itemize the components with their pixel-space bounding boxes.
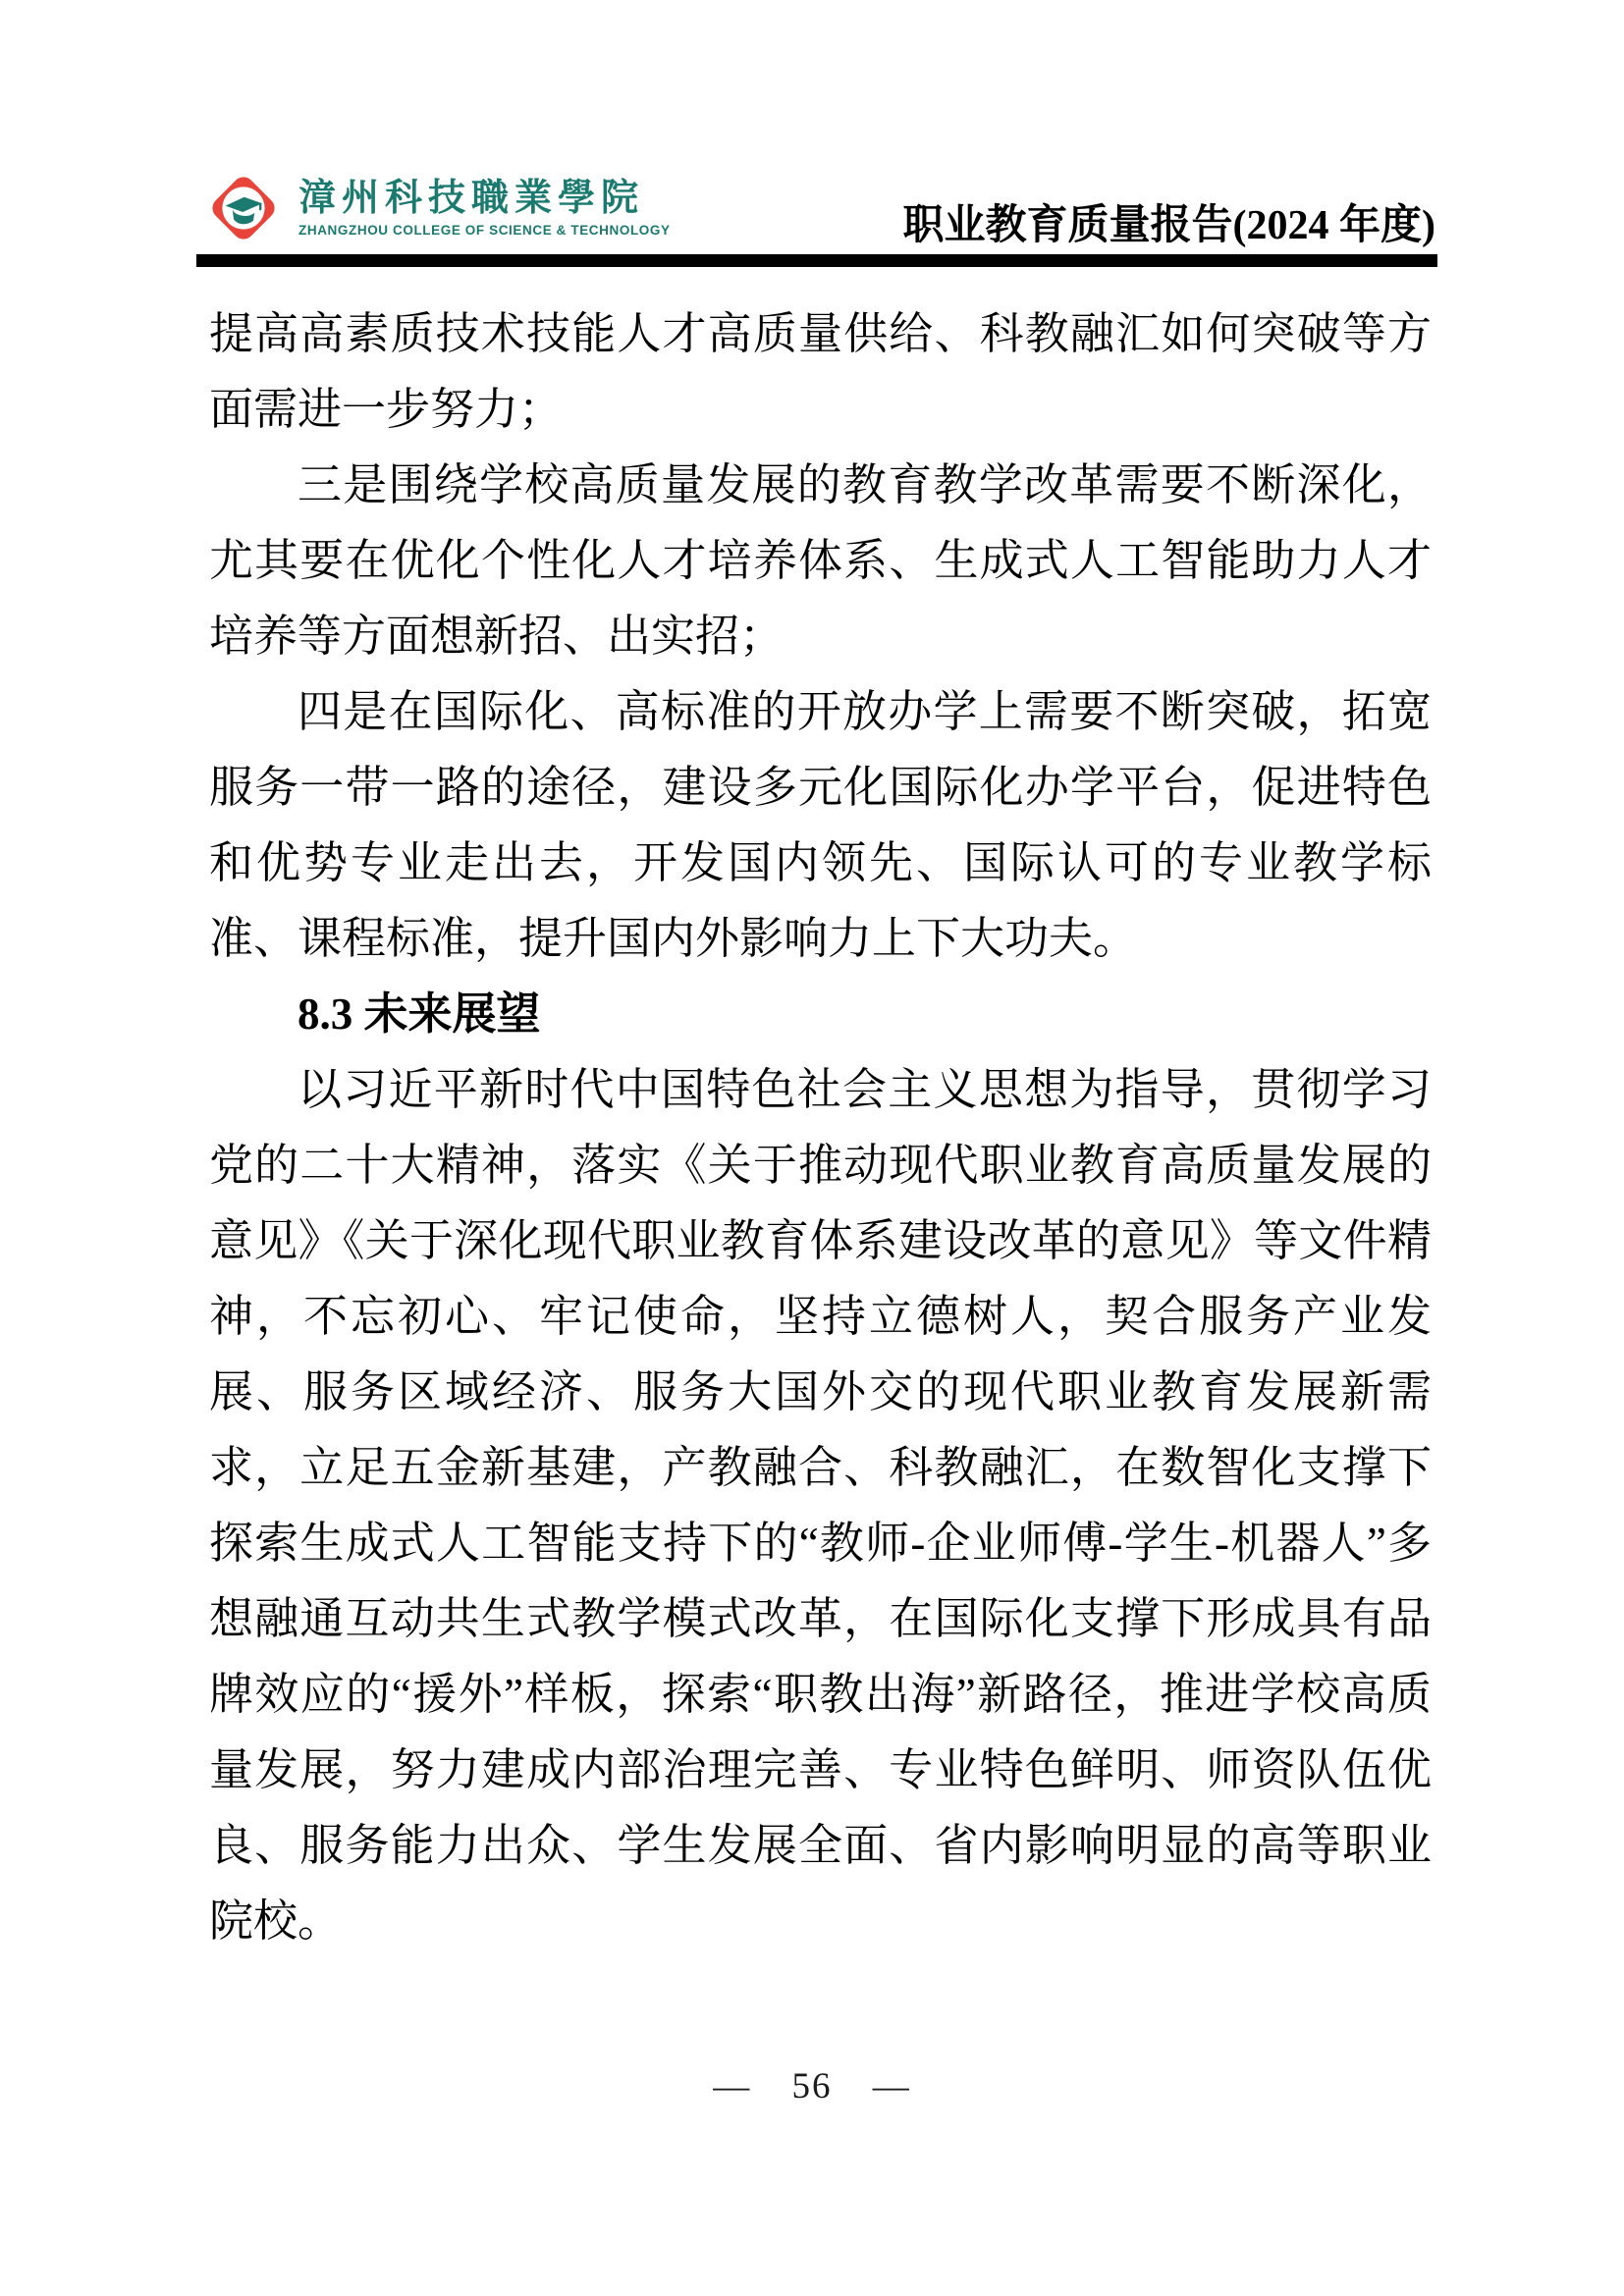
college-logo: 漳州科技職業學院 ZHANGZHOU COLLEGE OF SCIENCE & … bbox=[204, 163, 671, 253]
page-body: 提高高素质技术技能人才高质量供给、科教融汇如何突破等方面需进一步努力； 三是围绕… bbox=[209, 296, 1432, 1959]
college-logo-icon bbox=[204, 163, 283, 253]
document-page: 漳州科技職業學院 ZHANGZHOU COLLEGE OF SCIENCE & … bbox=[0, 0, 1624, 2296]
page-number: — 56 — bbox=[713, 2066, 911, 2107]
body-paragraph: 三是围绕学校高质量发展的教育教学改革需要不断深化，尤其要在优化个性化人才培养体系… bbox=[209, 448, 1432, 674]
body-paragraph: 提高高素质技术技能人才高质量供给、科教融汇如何突破等方面需进一步努力； bbox=[209, 296, 1432, 448]
body-paragraph: 四是在国际化、高标准的开放办学上需要不断突破，拓宽服务一带一路的途径，建设多元化… bbox=[209, 674, 1432, 977]
report-title: 职业教育质量报告(2024 年度) bbox=[903, 192, 1435, 253]
college-name-en: ZHANGZHOU COLLEGE OF SCIENCE & TECHNOLOG… bbox=[298, 223, 671, 238]
body-paragraph: 以习近平新时代中国特色社会主义思想为指导，贯彻学习党的二十大精神，落实《关于推动… bbox=[209, 1052, 1432, 1959]
page-footer: — 56 — bbox=[0, 2065, 1624, 2108]
section-heading: 8.3 未来展望 bbox=[209, 977, 1432, 1052]
page-header: 漳州科技職業學院 ZHANGZHOU COLLEGE OF SCIENCE & … bbox=[204, 163, 1435, 253]
college-name-cn: 漳州科技職業學院 bbox=[298, 179, 644, 220]
header-rule bbox=[196, 254, 1437, 267]
college-logo-text: 漳州科技職業學院 ZHANGZHOU COLLEGE OF SCIENCE & … bbox=[298, 179, 671, 238]
